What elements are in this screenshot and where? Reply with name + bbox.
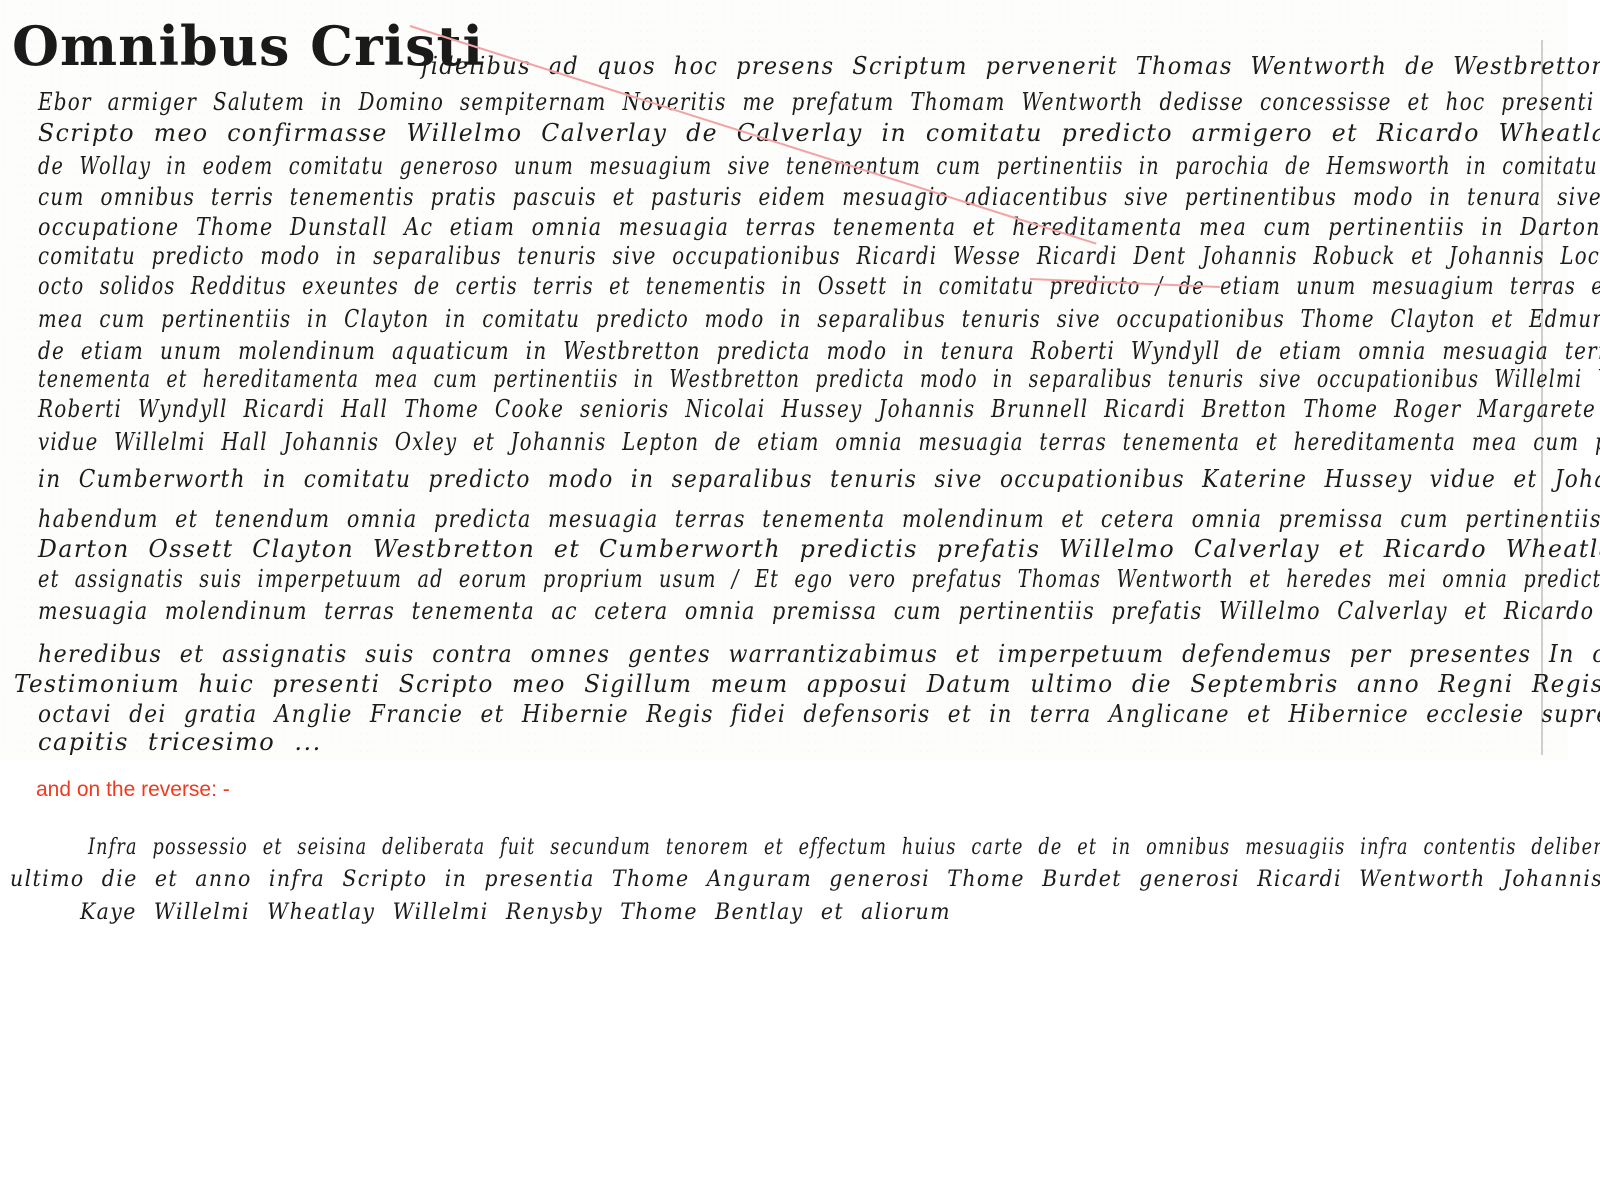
reverse-line-2: ultimo die et anno infra Scripto in pres… — [10, 867, 1600, 892]
manuscript-line-19: heredibus et assignatis suis contra omne… — [38, 640, 1409, 668]
manuscript-line-10: de etiam unum molendinum aquaticum in We… — [38, 337, 1275, 365]
manuscript-line-13: vidue Willelmi Hall Johannis Oxley et Jo… — [38, 428, 1260, 456]
deed-obverse-scan: Omnibus Cristi fidelibus ad quos hoc pre… — [0, 0, 1568, 760]
manuscript-line-6: occupatione Thome Dunstall Ac etiam omni… — [38, 213, 1319, 241]
manuscript-line-17: et assignatis suis imperpetuum ad eorum … — [38, 565, 1230, 593]
reverse-line-1: Infra possessio et seisina deliberata fu… — [88, 835, 1600, 860]
reverse-caption: and on the reverse: - — [36, 778, 230, 802]
manuscript-line-8: octo solidos Redditus exeuntes de certis… — [38, 272, 1230, 300]
manuscript-line-11: tenementa et hereditamenta mea cum perti… — [38, 365, 1215, 393]
manuscript-line-9: mea cum pertinentiis in Clayton in comit… — [38, 305, 1260, 333]
manuscript-line-16: Darton Ossett Clayton Westbretton et Cum… — [38, 535, 1498, 563]
reverse-line-3: Kaye Willelmi Wheatlay Willelmi Renysby … — [80, 900, 951, 925]
manuscript-line-21: octavi dei gratia Anglie Francie et Hibe… — [38, 700, 1379, 728]
manuscript-line-4: de Wollay in eodem comitatu generoso unu… — [38, 152, 1230, 180]
manuscript-line-3: Scripto meo confirmasse Willelmo Calverl… — [38, 119, 1498, 147]
manuscript-line-22: capitis tricesimo ... — [38, 728, 1528, 756]
manuscript-line-14: in Cumberworth in comitatu predicto modo… — [38, 465, 1379, 493]
manuscript-line-20: Testimonium huic presenti Scripto meo Si… — [14, 670, 1444, 698]
manuscript-line-12: Roberti Wyndyll Ricardi Hall Thome Cooke… — [38, 395, 1275, 423]
deed-reverse-scan: Infra possessio et seisina deliberata fu… — [0, 815, 1568, 955]
manuscript-line-2: Ebor armiger Salutem in Domino sempitern… — [38, 88, 1275, 116]
decorated-opening-words: Omnibus Cristi — [12, 14, 484, 78]
manuscript-line-7: comitatu predicto modo in separalibus te… — [38, 242, 1260, 270]
manuscript-line-1: fidelibus ad quos hoc presens Scriptum p… — [421, 52, 1600, 80]
manuscript-line-5: cum omnibus terris tenementis pratis pas… — [38, 183, 1275, 211]
manuscript-line-18: mesuagia molendinum terras tenementa ac … — [38, 597, 1319, 625]
manuscript-line-15: habendum et tenendum omnia predicta mesu… — [38, 505, 1319, 533]
